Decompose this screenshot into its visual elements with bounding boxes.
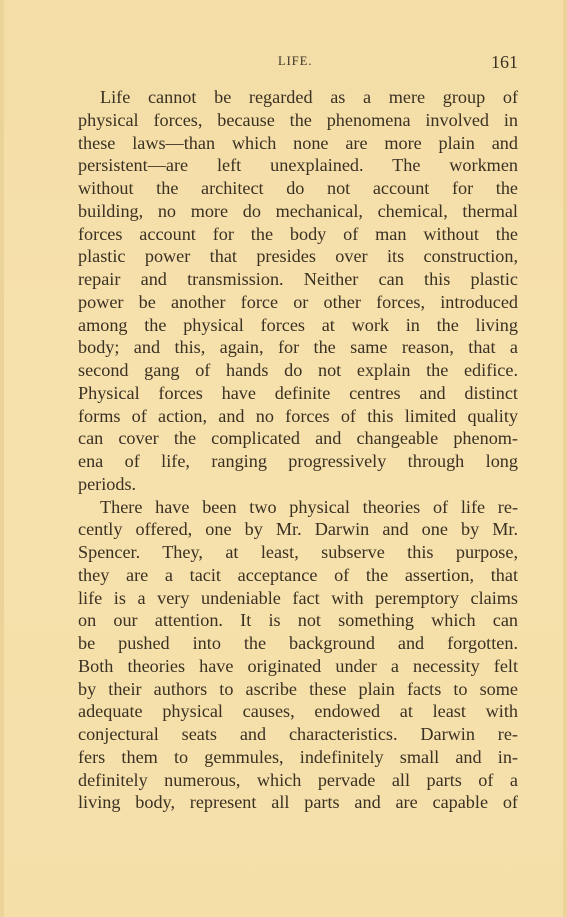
text-line: Life cannot be regarded as a mere group … xyxy=(78,86,518,109)
text-line: these laws—than which none are more plai… xyxy=(78,132,518,155)
text-line: Both theories have originated under a ne… xyxy=(78,655,518,678)
body-text: Life cannot be regarded as a mere group … xyxy=(78,86,518,814)
text-line: body; and this, again, for the same reas… xyxy=(78,336,518,359)
text-line: life is a very undeniable fact with pere… xyxy=(78,587,518,610)
page-edge-left xyxy=(0,0,4,917)
text-line: conjectural seats and characteristics. D… xyxy=(78,723,518,746)
text-line: Physical forces have definite centres an… xyxy=(78,382,518,405)
running-head: LIFE. 161 xyxy=(78,52,488,76)
text-line: persistent—are left unexplained. The wor… xyxy=(78,154,518,177)
text-line: periods. xyxy=(78,473,518,496)
text-line: power be another force or other forces, … xyxy=(78,291,518,314)
text-line: living body, represent all parts and are… xyxy=(78,791,518,814)
text-line: be pushed into the background and forgot… xyxy=(78,632,518,655)
text-line: definitely numerous, which pervade all p… xyxy=(78,769,518,792)
text-line: There have been two physical theories of… xyxy=(78,496,518,519)
text-line: adequate physical causes, endowed at lea… xyxy=(78,700,518,723)
text-line: Spencer. They, at least, subserve this p… xyxy=(78,541,518,564)
text-line: forms of action, and no forces of this l… xyxy=(78,405,518,428)
text-line: plastic power that presides over its con… xyxy=(78,245,518,268)
text-line: physical forces, because the phenomena i… xyxy=(78,109,518,132)
page-edge-right xyxy=(563,0,567,917)
book-page: LIFE. 161 Life cannot be regarded as a m… xyxy=(0,0,567,917)
text-line: building, no more do mechanical, chemica… xyxy=(78,200,518,223)
text-line: fers them to gemmules, indefinitely smal… xyxy=(78,746,518,769)
text-line: forces account for the body of man witho… xyxy=(78,223,518,246)
text-line: second gang of hands do not explain the … xyxy=(78,359,518,382)
text-line: they are a tacit acceptance of the asser… xyxy=(78,564,518,587)
text-line: ena of life, ranging progressively throu… xyxy=(78,450,518,473)
text-line: among the physical forces at work in the… xyxy=(78,314,518,337)
text-line: without the architect do not account for… xyxy=(78,177,518,200)
text-line: by their authors to ascribe these plain … xyxy=(78,678,518,701)
text-line: on our attention. It is not something wh… xyxy=(78,609,518,632)
text-line: cently offered, one by Mr. Darwin and on… xyxy=(78,518,518,541)
text-line: can cover the complicated and changeable… xyxy=(78,427,518,450)
text-line: repair and transmission. Neither can thi… xyxy=(78,268,518,291)
page-number: 161 xyxy=(491,52,518,73)
running-title: LIFE. xyxy=(278,54,313,69)
